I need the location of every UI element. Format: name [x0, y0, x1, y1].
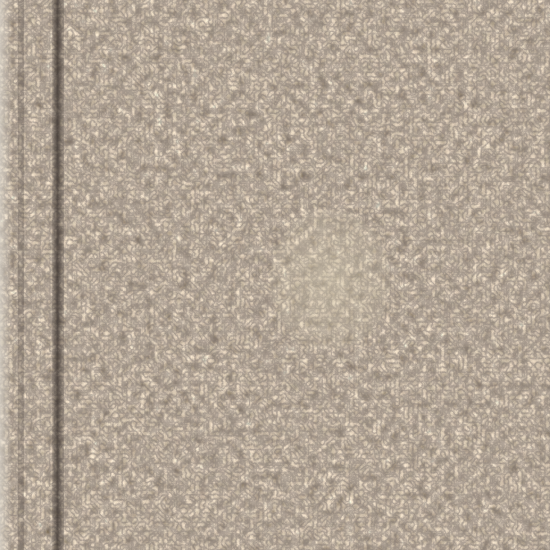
rug-texture-image — [0, 0, 550, 550]
dark-border-stripe — [52, 0, 64, 550]
light-edge — [0, 0, 12, 550]
faded-patch — [270, 210, 390, 350]
inner-border-stripe — [18, 0, 24, 550]
